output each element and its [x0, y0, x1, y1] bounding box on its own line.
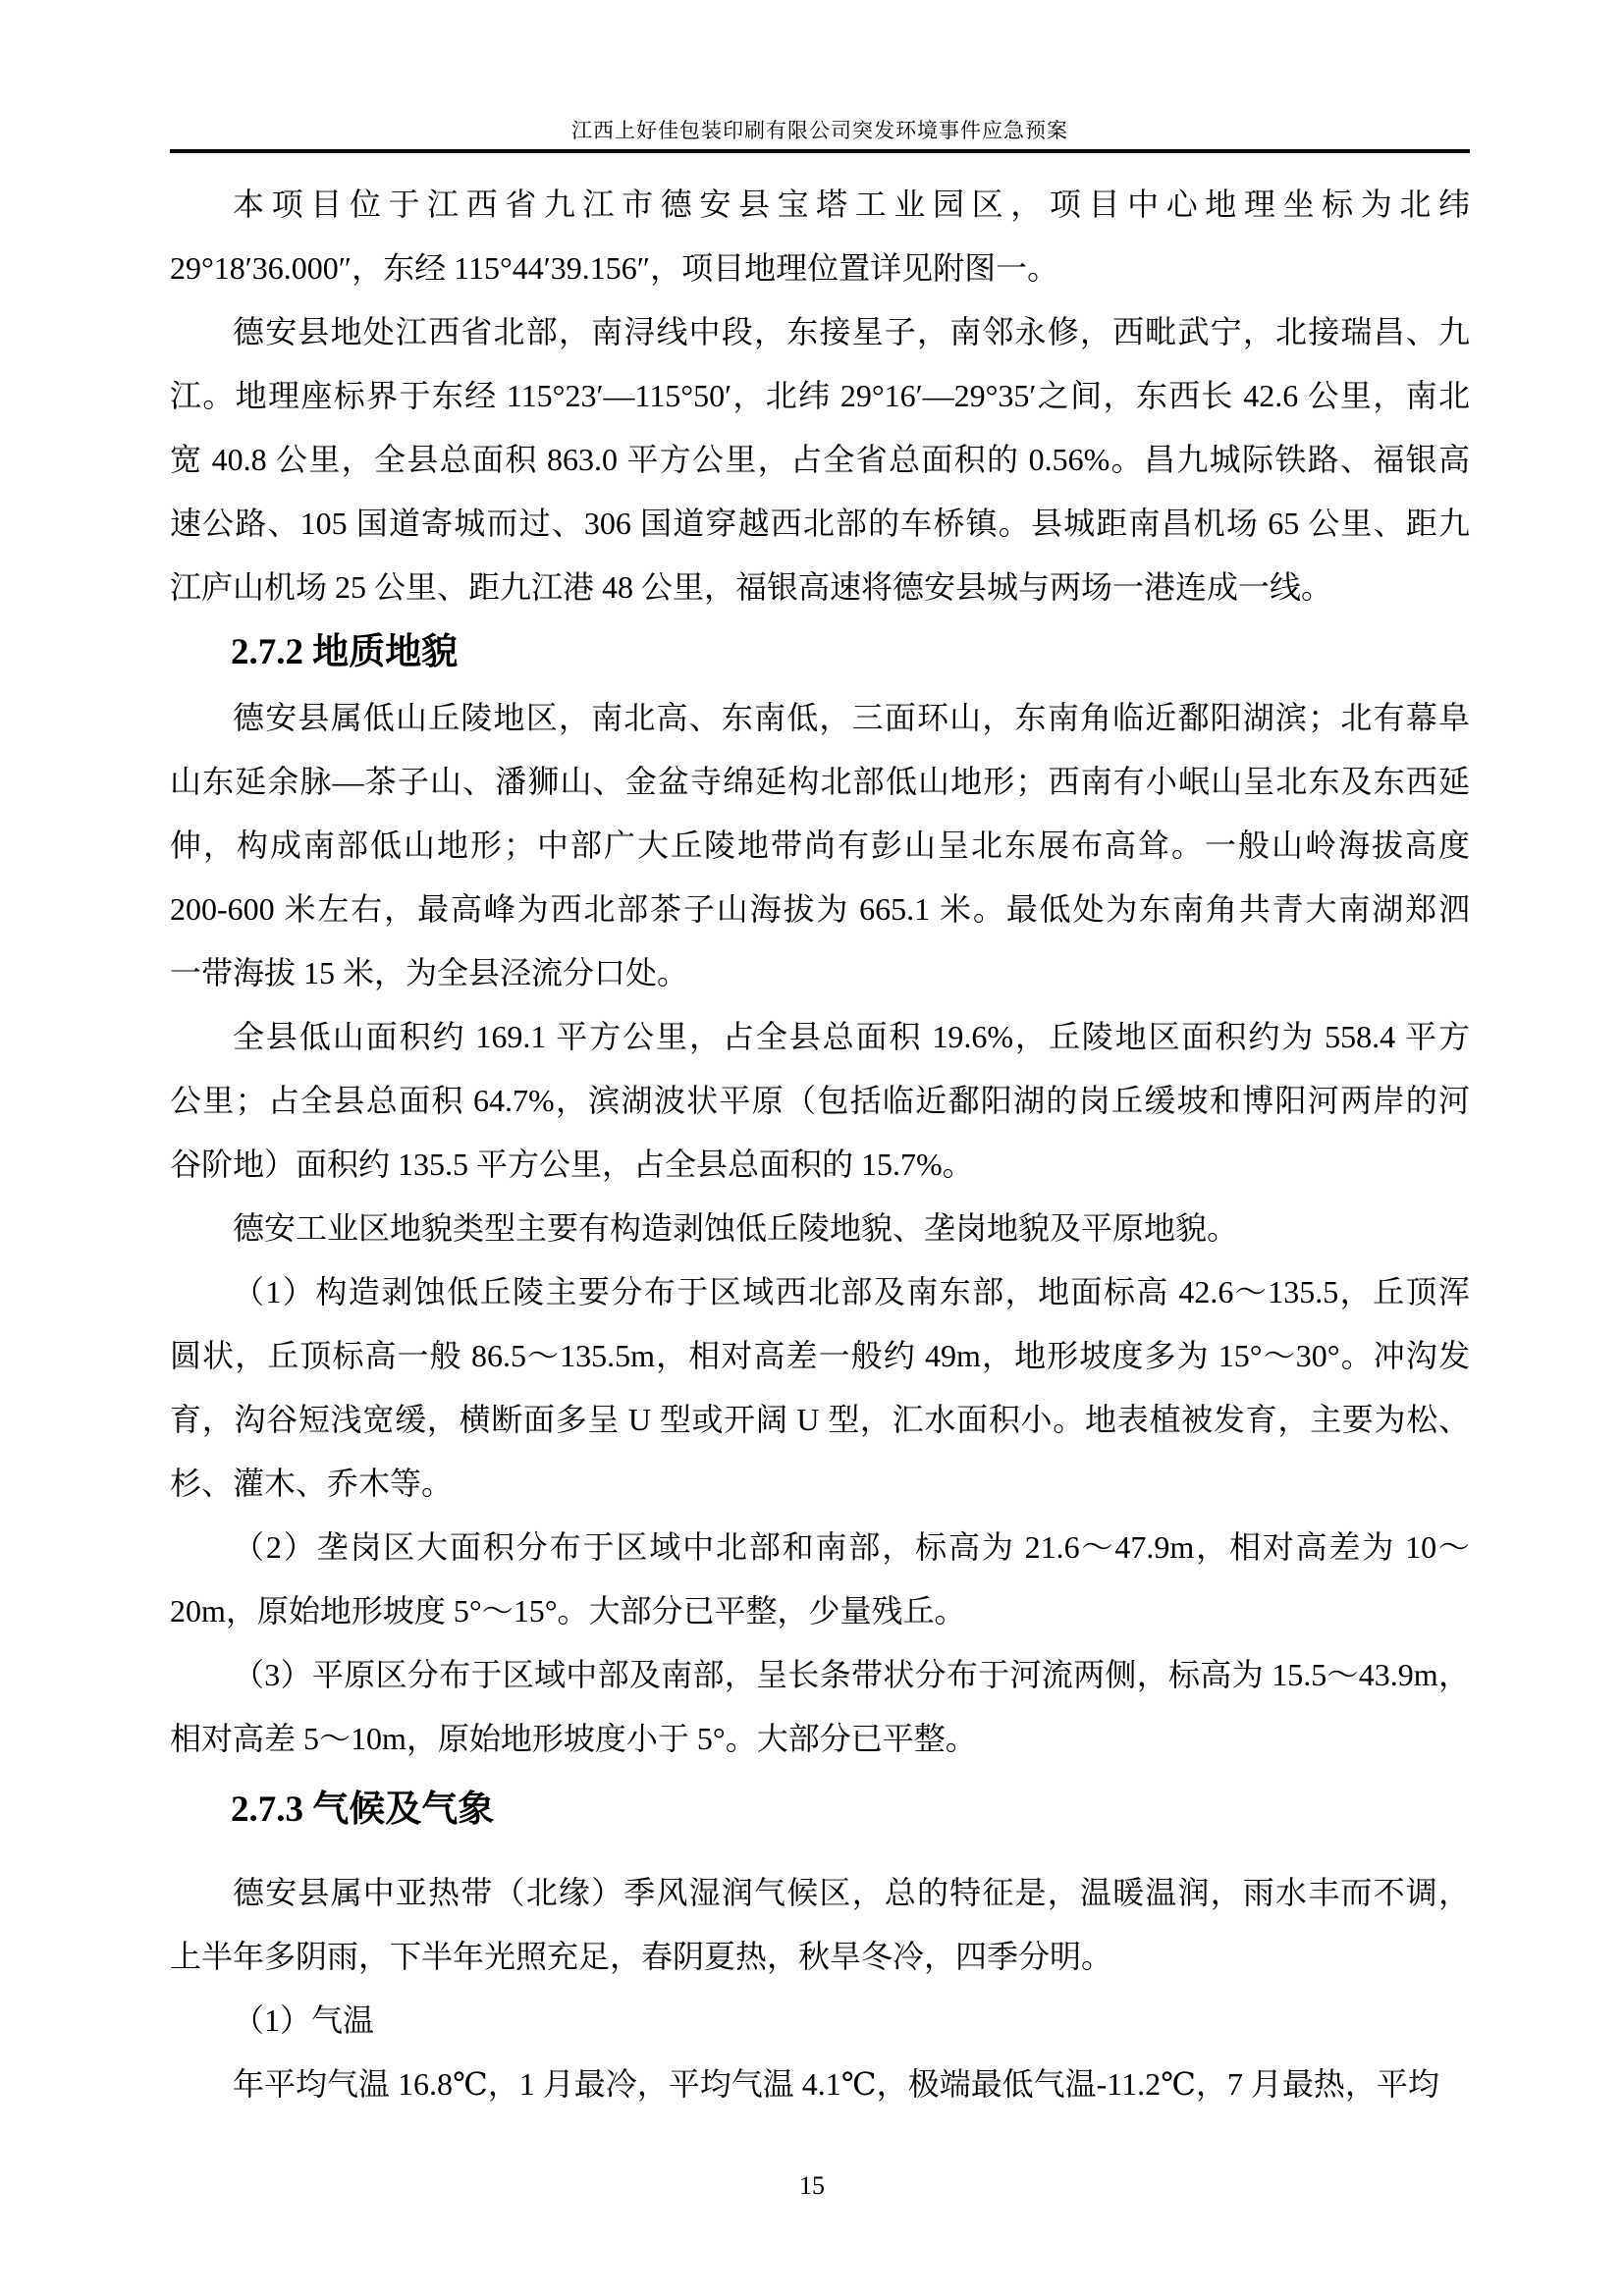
paragraph-item-3-plain-area: （3）平原区分布于区域中部及南部，呈长条带状分布于河流两侧，标高为 15.5～4… — [170, 1643, 1470, 1771]
text-line: 杉、灌木、乔木等。 — [170, 1452, 1470, 1516]
text-line: （1）构造剥蚀低丘陵主要分布于区域西北部及南东部，地面标高 42.6～135.5… — [170, 1260, 1470, 1324]
section-heading-2-7-2: 2.7.2 地质地貌 — [231, 619, 1470, 686]
text-line: （2）垄岗区大面积分布于区域中北部和南部，标高为 21.6～47.9m，相对高差… — [170, 1516, 1470, 1579]
text-line: 年平均气温 16.8℃，1 月最冷，平均气温 4.1℃，极端最低气温-11.2℃… — [170, 2053, 1470, 2116]
text-line: 全县低山面积约 169.1 平方公里，占全县总面积 19.6%，丘陵地区面积约为… — [170, 1005, 1470, 1069]
text-line: 江。地理座标界于东经 115°23′—115°50′，北纬 29°16′—29°… — [170, 364, 1470, 428]
section-heading-2-7-3: 2.7.3 气候及气象 — [231, 1777, 1470, 1843]
text-line: 速公路、105 国道寄城而过、306 国道穿越西北部的车桥镇。县城距南昌机场 6… — [170, 492, 1470, 556]
document-body: 本项目位于江西省九江市德安县宝塔工业园区，项目中心地理坐标为北纬 29°18′3… — [170, 173, 1470, 2116]
document-page: 江西上好佳包装印刷有限公司突发环境事件应急预案 本项目位于江西省九江市德安县宝塔… — [0, 0, 1624, 2296]
paragraph-item-2-ridge-area: （2）垄岗区大面积分布于区域中北部和南部，标高为 21.6～47.9m，相对高差… — [170, 1516, 1470, 1643]
text-line: 德安县属低山丘陵地区，南北高、东南低，三面环山，东南角临近鄱阳湖滨；北有幕阜 — [170, 686, 1470, 750]
text-line: 圆状，丘顶标高一般 86.5～135.5m，相对高差一般约 49m，地形坡度多为… — [170, 1324, 1470, 1388]
page-header-title: 江西上好佳包装印刷有限公司突发环境事件应急预案 — [170, 116, 1470, 145]
text-line: （3）平原区分布于区域中部及南部，呈长条带状分布于河流两侧，标高为 15.5～4… — [170, 1643, 1470, 1707]
paragraph-landform-types: 德安工业区地貌类型主要有构造剥蚀低丘陵地貌、垄岗地貌及平原地貌。 — [170, 1197, 1470, 1260]
text-line: 公里；占全县总面积 64.7%，滨湖波状平原（包括临近鄱阳湖的岗丘缓坡和博阳河两… — [170, 1069, 1470, 1133]
text-line: 德安县地处江西省北部，南浔线中段，东接星子，南邻永修，西毗武宁，北接瑞昌、九 — [170, 300, 1470, 364]
paragraph-project-location: 本项目位于江西省九江市德安县宝塔工业园区，项目中心地理坐标为北纬 29°18′3… — [170, 173, 1470, 300]
text-line: 伸，构成南部低山地形；中部广大丘陵地带尚有彭山呈北东展布高耸。一般山岭海拔高度 — [170, 814, 1470, 878]
text-line: 山东延余脉—茶子山、潘狮山、金盆寺绵延构北部低山地形；西南有小岷山呈北东及东西延 — [170, 750, 1470, 814]
text-line: 本项目位于江西省九江市德安县宝塔工业园区，项目中心地理坐标为北纬 — [170, 173, 1470, 237]
paragraph-item-1-temperature-label: （1）气温 — [170, 1989, 1470, 2053]
text-line: 德安工业区地貌类型主要有构造剥蚀低丘陵地貌、垄岗地貌及平原地貌。 — [170, 1197, 1470, 1260]
text-line: 一带海拔 15 米，为全县泾流分口处。 — [170, 941, 1470, 1005]
text-line: 29°18′36.000″，东经 115°44′39.156″，项目地理位置详见… — [170, 237, 1470, 300]
page-number: 15 — [0, 2171, 1624, 2201]
text-line: 江庐山机场 25 公里、距九江港 48 公里，福银高速将德安县城与两场一港连成一… — [170, 556, 1470, 619]
text-line: 育，沟谷短浅宽缓，横断面多呈 U 型或开阔 U 型，汇水面积小。地表植被发育，主… — [170, 1388, 1470, 1452]
text-line: 宽 40.8 公里，全县总面积 863.0 平方公里，占全省总面积的 0.56%… — [170, 428, 1470, 492]
text-line: 德安县属中亚热带（北缘）季风湿润气候区，总的特征是，温暖温润，雨水丰而不调， — [170, 1861, 1470, 1925]
paragraph-dean-county-overview: 德安县地处江西省北部，南浔线中段，东接星子，南邻永修，西毗武宁，北接瑞昌、九 江… — [170, 300, 1470, 619]
text-line: 谷阶地）面积约 135.5 平方公里，占全县总面积的 15.7%。 — [170, 1133, 1470, 1197]
paragraph-area-statistics: 全县低山面积约 169.1 平方公里，占全县总面积 19.6%，丘陵地区面积约为… — [170, 1005, 1470, 1197]
paragraph-temperature-data: 年平均气温 16.8℃，1 月最冷，平均气温 4.1℃，极端最低气温-11.2℃… — [170, 2053, 1470, 2116]
paragraph-item-1-low-hills: （1）构造剥蚀低丘陵主要分布于区域西北部及南东部，地面标高 42.6～135.5… — [170, 1260, 1470, 1516]
paragraph-climate-overview: 德安县属中亚热带（北缘）季风湿润气候区，总的特征是，温暖温润，雨水丰而不调， 上… — [170, 1861, 1470, 1989]
text-line: 200-600 米左右，最高峰为西北部茶子山海拔为 665.1 米。最低处为东南… — [170, 878, 1470, 941]
paragraph-terrain-overview: 德安县属低山丘陵地区，南北高、东南低，三面环山，东南角临近鄱阳湖滨；北有幕阜 山… — [170, 686, 1470, 1005]
text-line: 上半年多阴雨，下半年光照充足，春阴夏热，秋旱冬冷，四季分明。 — [170, 1925, 1470, 1989]
text-line: 20m，原始地形坡度 5°～15°。大部分已平整，少量残丘。 — [170, 1579, 1470, 1643]
text-line: 相对高差 5～10m，原始地形坡度小于 5°。大部分已平整。 — [170, 1707, 1470, 1771]
text-line: （1）气温 — [170, 1989, 1470, 2053]
header-rule — [170, 149, 1470, 153]
